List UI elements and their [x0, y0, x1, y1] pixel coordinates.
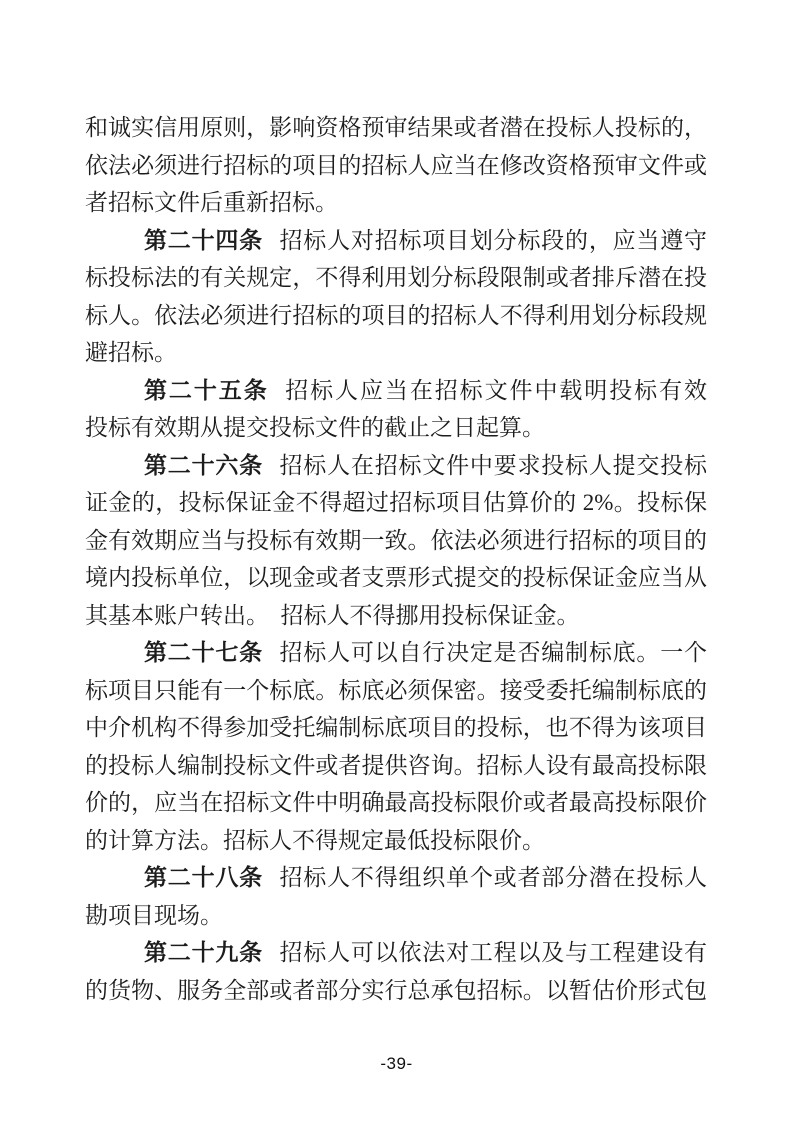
- paragraph: 第二十六条招标人在招标文件中要求投标人提交投标保证金的，投标保证金不得超过招标项…: [85, 447, 707, 635]
- paragraph: 第二十九条招标人可以依法对工程以及与工程建设有关的货物、服务全部或者部分实行总承…: [85, 934, 707, 1009]
- article-number: 第二十四条: [144, 228, 263, 253]
- article-number: 第二十六条: [144, 453, 263, 478]
- text-line: 其基本账户转出。 招标人不得挪用投标保证金。: [85, 597, 707, 635]
- document-body: 和诚实信用原则，影响资格预审结果或者潜在投标人投标的，依法必须进行招标的项目的招…: [85, 109, 707, 1009]
- text-line: 金有效期应当与投标有效期一致。依法必须进行招标的项目的: [85, 522, 707, 560]
- text-line: 避招标。: [85, 334, 707, 372]
- text-line: 投标有效期从提交投标文件的截止之日起算。: [85, 409, 707, 447]
- paragraph: 第二十八条招标人不得组织单个或者部分潜在投标人踏勘项目现场。: [85, 859, 707, 934]
- text-line: 第二十六条招标人在招标文件中要求投标人提交投标保: [85, 447, 707, 485]
- text-line: 依法必须进行招标的项目的招标人应当在修改资格预审文件或: [85, 147, 707, 185]
- text-line: 的货物、服务全部或者部分实行总承包招标。以暂估价形式包: [85, 972, 707, 1010]
- text-line: 第二十九条招标人可以依法对工程以及与工程建设有关: [85, 934, 707, 972]
- article-number: 第二十七条: [144, 640, 263, 665]
- paragraph: 第二十四条招标人对招标项目划分标段的，应当遵守招标投标法的有关规定，不得利用划分…: [85, 222, 707, 372]
- article-number: 第二十九条: [144, 940, 263, 965]
- text-line: 的投标人编制投标文件或者提供咨询。招标人设有最高投标限: [85, 747, 707, 785]
- text-line: 价的，应当在招标文件中明确最高投标限价或者最高投标限价: [85, 784, 707, 822]
- text-line: 境内投标单位，以现金或者支票形式提交的投标保证金应当从: [85, 559, 707, 597]
- text-line: 证金的，投标保证金不得超过招标项目估算价的 2%。投标保证: [85, 484, 707, 522]
- text-line: 中介机构不得参加受托编制标底项目的投标，也不得为该项目: [85, 709, 707, 747]
- paragraph: 第二十七条招标人可以自行决定是否编制标底。一个招标项目只能有一个标底。标底必须保…: [85, 634, 707, 859]
- text-line: 和诚实信用原则，影响资格预审结果或者潜在投标人投标的，: [85, 109, 707, 147]
- text-line: 者招标文件后重新招标。: [85, 184, 707, 222]
- text-line: 第二十八条招标人不得组织单个或者部分潜在投标人踏: [85, 859, 707, 897]
- text-line: 勘项目现场。: [85, 897, 707, 935]
- page-number: -39-: [0, 1054, 793, 1074]
- paragraph: 第二十五条招标人应当在招标文件中载明投标有效期。投标有效期从提交投标文件的截止之…: [85, 372, 707, 447]
- article-number: 第二十八条: [144, 865, 263, 890]
- text-line: 第二十四条招标人对招标项目划分标段的，应当遵守招: [85, 222, 707, 260]
- text-line: 标人。依法必须进行招标的项目的招标人不得利用划分标段规: [85, 297, 707, 335]
- text-line: 第二十七条招标人可以自行决定是否编制标底。一个招: [85, 634, 707, 672]
- document-page: 和诚实信用原则，影响资格预审结果或者潜在投标人投标的，依法必须进行招标的项目的招…: [0, 0, 793, 1122]
- text-line: 标投标法的有关规定，不得利用划分标段限制或者排斥潜在投: [85, 259, 707, 297]
- text-line: 的计算方法。招标人不得规定最低投标限价。: [85, 822, 707, 860]
- article-number: 第二十五条: [144, 378, 269, 403]
- text-line: 第二十五条招标人应当在招标文件中载明投标有效期。: [85, 372, 707, 410]
- text-line: 标项目只能有一个标底。标底必须保密。接受委托编制标底的: [85, 672, 707, 710]
- paragraph: 和诚实信用原则，影响资格预审结果或者潜在投标人投标的，依法必须进行招标的项目的招…: [85, 109, 707, 222]
